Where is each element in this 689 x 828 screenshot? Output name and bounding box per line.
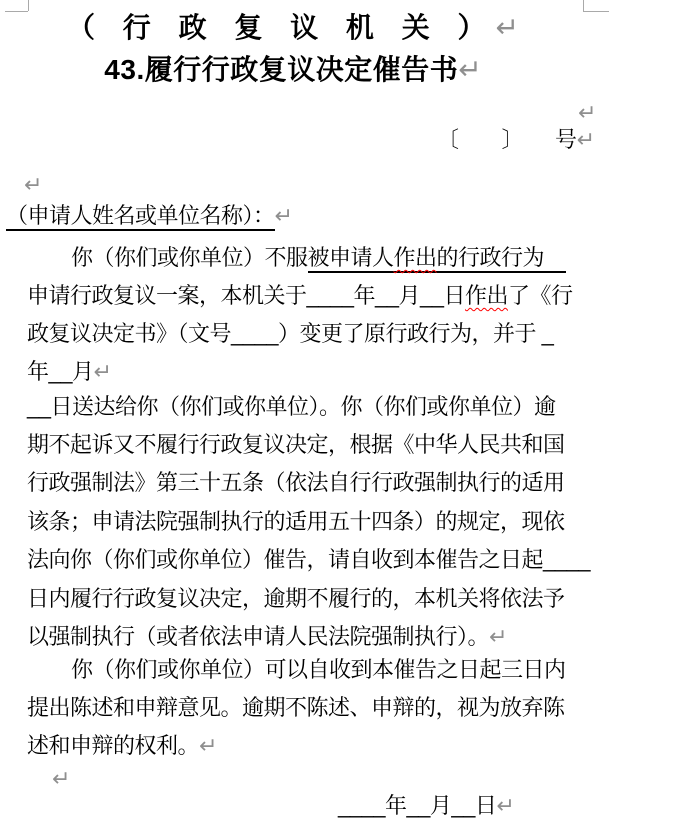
- spellcheck-squiggle-text: 作出: [465, 283, 508, 308]
- paragraph-mark-icon: ↵: [577, 128, 595, 153]
- body-text: 该条；申请法院强制执行的适用五十四条）的规定，现依: [27, 509, 565, 534]
- body-line: __日送达给你（你们或你单位）。你（你们或你单位）逾: [27, 392, 555, 422]
- body-text: 述和申辩的权利。: [27, 733, 199, 758]
- blank-field: ____: [307, 283, 354, 308]
- body-line: 述和申辩的权利。↵: [27, 731, 217, 762]
- body-text: 法向你（你们或你单位）催告，请自收到本催告之日起: [27, 547, 543, 572]
- body-line: 你（你们或你单位）可以自收到本催告之日起三日内: [27, 655, 566, 685]
- paragraph-mark-icon: ↵: [496, 794, 514, 819]
- paragraph-mark-icon: ↵: [458, 53, 481, 86]
- paragraph-mark-icon: ↵: [578, 101, 596, 126]
- paragraph-mark-icon: ↵: [199, 734, 217, 759]
- body-text: 以强制执行（或者依法申请人民法院强制执行）。: [27, 624, 489, 649]
- body-text: 你（你们或你单位）可以自收到本催告之日起三日内: [71, 657, 566, 682]
- blank-field: ____: [543, 547, 590, 572]
- body-text: 提出陈述和申辩意见。逾期不陈述、申辩的，视为放弃陈: [27, 695, 565, 720]
- empty-line: ↵: [24, 170, 42, 201]
- body-text: 日内履行行政复议决定，逾期不履行的，本机关将依法予: [27, 586, 565, 611]
- paragraph-mark-icon: ↵: [496, 11, 519, 44]
- body-line: 政复议决定书》（文号____）变更了原行政行为，并于 _: [27, 319, 553, 349]
- body-text: 被申请人: [308, 245, 394, 270]
- blank-field: __: [375, 283, 398, 308]
- body-line: 年__月↵: [27, 357, 112, 388]
- paragraph-mark-icon: ↵: [24, 173, 42, 198]
- paragraph-mark-icon: ↵: [93, 360, 111, 385]
- cropmark-top-right-h: [583, 11, 609, 12]
- cropmark-top-left-h: [5, 11, 28, 12]
- body-text: 了《行: [508, 283, 573, 308]
- body-text: 政复议决定书》（文号: [27, 321, 231, 346]
- body-text: __日送达给你（你们或你单位）。你（你们或你单位）逾: [27, 394, 555, 419]
- blank-field: _: [536, 321, 553, 346]
- doc-number-line: 〔 〕 号↵: [437, 125, 595, 156]
- body-text: 你（你们或你单位）不服: [71, 245, 308, 270]
- body-text: ）变更了原行政行为，并于: [278, 321, 536, 346]
- body-line: 该条；申请法院强制执行的适用五十四条）的规定，现依: [27, 507, 565, 537]
- body-line: 以强制执行（或者依法申请人民法院强制执行）。↵: [27, 622, 507, 653]
- paragraph-mark-icon: ↵: [489, 625, 507, 650]
- body-line: 行政强制法》第三十五条（依法自行行政强制执行的适用: [27, 468, 565, 498]
- blank-field: __: [420, 283, 443, 308]
- salutation-line: （申请人姓名或单位名称）：↵: [6, 201, 293, 232]
- body-text: 期不起诉又不履行行政复议决定，根据《中华人民共和国: [27, 432, 565, 457]
- body-line: 期不起诉又不履行行政复议决定，根据《中华人民共和国: [27, 430, 565, 460]
- body-line: 申请行政复议一案，本机关于____年__月__日作出了《行: [27, 281, 573, 311]
- body-text: 年: [353, 283, 375, 308]
- paragraph-mark-icon: ↵: [52, 767, 70, 792]
- cropmark-top-right-v: [583, 0, 584, 11]
- empty-line: ↵: [52, 764, 70, 795]
- body-text: 行政强制法》第三十五条（依法自行行政强制执行的适用: [27, 470, 565, 495]
- doc-number-text: 〔 〕 号: [437, 127, 577, 152]
- underlined-blank-text: 被申请人作出的行政行为: [308, 245, 566, 273]
- body-line: 法向你（你们或你单位）催告，请自收到本催告之日起____: [27, 545, 590, 575]
- body-line: 提出陈述和申辩意见。逾期不陈述、申辩的，视为放弃陈: [27, 693, 565, 723]
- document-page: （ 行 政 复 议 机 关 ）↵ 43.履行行政复议决定催告书↵ ↵ 〔 〕 号…: [0, 0, 689, 828]
- blank-space: [544, 245, 566, 270]
- salutation-text: （申请人姓名或单位名称）：: [6, 203, 275, 231]
- paragraph-mark-icon: ↵: [275, 204, 293, 229]
- doc-title-text: 43.履行行政复议决定催告书: [104, 54, 458, 85]
- date-blank-text: ____年__月__日: [338, 793, 496, 818]
- body-text: 日: [443, 283, 465, 308]
- body-text: 年__月: [27, 359, 93, 384]
- body-line: 日内履行行政复议决定，逾期不履行的，本机关将依法予: [27, 584, 565, 614]
- org-title-text: （ 行 政 复 议 机 关 ）: [67, 12, 495, 43]
- body-text: 月: [398, 283, 420, 308]
- body-text: 的行政行为: [437, 245, 545, 270]
- body-line: 你（你们或你单位）不服被申请人作出的行政行为: [27, 243, 566, 273]
- org-title-line: （ 行 政 复 议 机 关 ）↵: [28, 10, 558, 46]
- spellcheck-squiggle-text: 作出: [394, 245, 437, 270]
- doc-title-line: 43.履行行政复议决定催告书↵: [28, 52, 558, 88]
- body-text: 申请行政复议一案，本机关于: [27, 283, 307, 308]
- date-line: ____年__月__日↵: [338, 791, 515, 822]
- blank-field: ____: [231, 321, 278, 346]
